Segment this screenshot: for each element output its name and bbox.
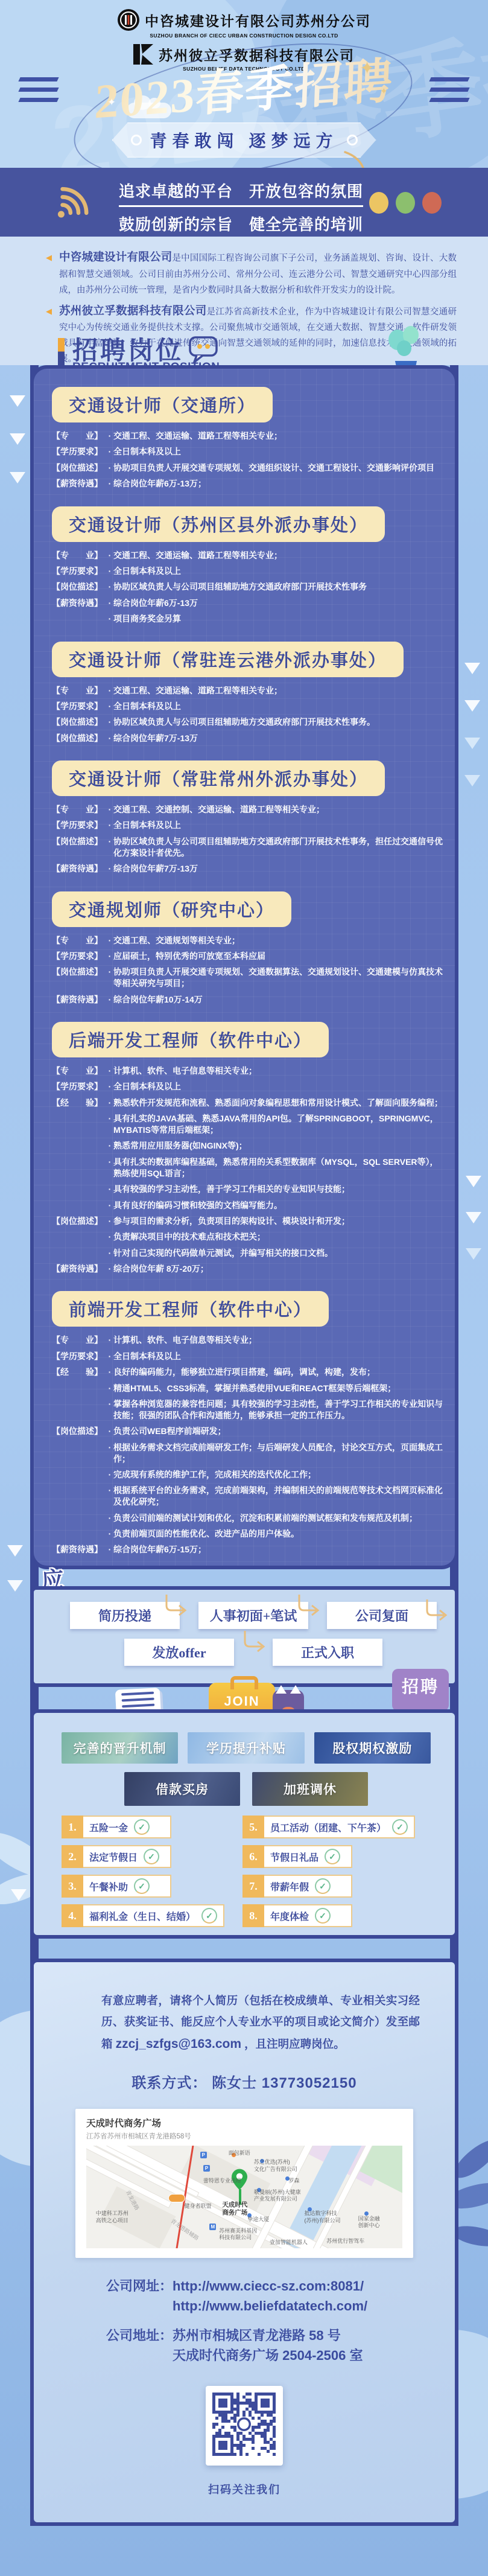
apply-instructions: 有意应聘者，请将个人简历（包括在校成绩单、专业相关实习经历、获奖证书、能反应个人… [101, 1990, 420, 2056]
benefit-item-number: 6. [242, 1845, 264, 1868]
job-detail-dot: · [106, 550, 113, 561]
map-label: 壹加智能机器人 [270, 2239, 308, 2246]
job-detail-row: 【经 验】·良好的编码能力，能够独立进行项目搭建，编码，调试，构建，发布； [52, 1366, 446, 1378]
map-station-icon [168, 2194, 185, 2202]
job-detail-text: 完成现有系统的维护工作，完成相关的迭代优化工作； [113, 1469, 446, 1481]
benefit-item-label: 五险一金 [89, 1820, 128, 1834]
down-arrow-icon [10, 433, 25, 445]
triangle-bullet-icon: ◀ [46, 250, 52, 264]
map-label: 面包新语 [229, 2150, 250, 2157]
benefit-item-number: 3. [62, 1875, 83, 1898]
job-detail-text: 具有扎实的数据库编程基础，熟悉常用的关系型数据库（MYSQL，SQL SERVE… [113, 1156, 446, 1179]
job-detail-label: 【学历要求】 [52, 566, 106, 577]
job-detail-dot: · [106, 1485, 113, 1508]
job-detail-label: 【薪资待遇】 [52, 1263, 106, 1275]
job-detail-text: 负责公司前端的测试计划和优化，沉淀和积累前端的测试框架和发布规范及机制； [113, 1513, 446, 1524]
job-detail-label [52, 613, 106, 625]
check-icon: ✓ [134, 1819, 150, 1835]
process-step: 公司复面 [327, 1602, 437, 1629]
job-detail-text: 掌握各种浏览器的兼容性问题；具有较强的学习主动性，善于学习工作相关的专业知识与技… [113, 1398, 446, 1421]
benefit-item-number: 8. [242, 1904, 264, 1927]
map-label: 挚途大厦 [247, 2216, 269, 2223]
job-title-badge: 后端开发工程师（软件中心） [52, 1022, 329, 1057]
job-detail-text: 负责前端页面的性能优化、改进产品的用户体验。 [113, 1528, 446, 1540]
job-detail-label: 【岗位描述】 [52, 733, 106, 744]
job-detail-dot: · [106, 1184, 113, 1195]
job-detail-dot: · [106, 836, 113, 859]
down-arrow-icon [464, 775, 480, 786]
job-detail-dot: · [106, 1081, 113, 1092]
job-detail-dot: · [106, 863, 113, 875]
job-detail-row: 【薪资待遇】·综合岗位年薪6万-13万 [52, 598, 446, 609]
benefit-item-label: 节假日礼品 [270, 1850, 318, 1864]
job-detail-dot: · [106, 716, 113, 728]
map-label: 天成时代 商务广场 [222, 2201, 247, 2217]
job-detail-label: 【经 验】 [52, 1097, 106, 1109]
job-detail-text: 计算机、软件、电子信息等相关专业； [113, 1334, 446, 1346]
job-detail-label [52, 1200, 106, 1211]
website-block: 公司网址： http://www.ciecc-sz.com:8081/ http… [106, 2276, 455, 2316]
map-address: 江苏省苏州市相城区青龙港路58号 [86, 2131, 402, 2141]
job-detail-text: 具有较强的学习主动性，善于学习工作相关的专业知识与技能； [113, 1184, 446, 1195]
job-detail-label: 【岗位描述】 [52, 581, 106, 593]
benefit-photos-row-1: 完善的晋升机制学历提升补贴股权期权激励 [62, 1732, 431, 1764]
job-detail-label [52, 1485, 106, 1508]
job-detail-row: ·具有较强的学习主动性，善于学习工作相关的专业知识与技能； [52, 1184, 446, 1195]
job-detail-label: 【学历要求】 [52, 446, 106, 457]
job-detail-label: 【薪资待遇】 [52, 863, 106, 875]
parking-icon: P [200, 2152, 207, 2158]
job-detail-text: 交通工程、交通控制、交通运输、道路工程等相关专业； [113, 804, 446, 815]
map-label: 青龙港路辅路 [170, 2218, 200, 2242]
job-detail-label: 【学历要求】 [52, 701, 106, 712]
job-detail-dot: · [106, 581, 113, 593]
job-detail-dot: · [106, 598, 113, 609]
check-icon: ✓ [325, 1849, 340, 1864]
job-detail-dot: · [106, 701, 113, 712]
benefit-item-number: 4. [62, 1904, 83, 1927]
job-detail-text: 交通工程、交通规划等相关专业； [113, 935, 446, 946]
job-detail-text: 全日制本科及以上 [113, 566, 446, 577]
benefit-item: 6.节假日礼品✓ [242, 1845, 352, 1868]
job-detail-dot: · [106, 613, 113, 625]
job-detail-text: 综合岗位年薪6万-15万； [113, 1544, 446, 1555]
ciecc-logo-icon [117, 8, 140, 31]
job-detail-text: 全日制本科及以上 [113, 1081, 446, 1092]
apply-panel: 有意应聘者，请将个人简历（包括在校成绩单、专业相关实习经历、获奖证书、能反应个人… [30, 1959, 458, 2526]
job-detail-row: ·项目商务奖金另算 [52, 613, 446, 625]
job-detail-label: 【学历要求】 [52, 1081, 106, 1092]
benefit-item: 5.员工活动（团建、下午茶）✓ [242, 1816, 415, 1838]
job-detail-label [52, 1383, 106, 1394]
job-detail-row: 【薪资待遇】·综合岗位年薪7万-13万 [52, 863, 446, 875]
job-detail-dot: · [106, 685, 113, 697]
job-detail-text: 根据系统平台的业务需求，完成前端架构，并编制相关的前端规范等技术文档网页标准化及… [113, 1485, 446, 1508]
job-detail-text: 综合岗位年薪7万-13万 [113, 863, 446, 875]
job-detail-text: 根据业务需求文档完成前端研发工作；与后端研发人员配合，讨论交互方式，页面集成工作… [113, 1442, 446, 1465]
job-detail-row: 【学历要求】·全日制本科及以上 [52, 446, 446, 457]
job-detail-dot: · [106, 1156, 113, 1179]
job-detail-label: 【岗位描述】 [52, 966, 106, 989]
recruitment-poster: 2023春季招聘 2023春季招聘 中咨城建设计有限公司苏州分公司 SUZHOU… [0, 0, 488, 2576]
job-detail-dot: · [106, 994, 113, 1006]
map-label: 抵达数字科技 (苏州)有限公司 [305, 2210, 341, 2224]
check-icon: ✓ [315, 1908, 331, 1924]
job-detail-text: 综合岗位年薪 8万-20万； [113, 1263, 446, 1275]
benefit-item-number: 5. [242, 1816, 264, 1838]
job-detail-dot: · [106, 820, 113, 831]
job-title-badge: 前端开发工程师（软件中心） [52, 1291, 329, 1327]
down-arrow-icon [464, 663, 480, 674]
job-detail-label: 【专 业】 [52, 685, 106, 697]
map-label: 歌曼丽(苏州)大健康 产业发展有限公司 [254, 2189, 301, 2203]
job-detail-label: 【岗位描述】 [52, 462, 106, 474]
job-detail-row: ·具有扎实的数据库编程基础，熟悉常用的关系型数据库（MYSQL，SQL SERV… [52, 1156, 446, 1179]
flow-arrow-icon [294, 1593, 325, 1621]
job-detail-label: 【岗位描述】 [52, 836, 106, 859]
job-detail-text: 交通工程、交通运输、道路工程等相关专业； [113, 430, 446, 442]
job-title-badge: 交通设计师（苏州区县外派办事处） [52, 506, 385, 542]
job-detail-dot: · [106, 1383, 113, 1394]
ring-decor [347, 135, 358, 145]
job-detail-text: 综合岗位年薪6万-13万 [113, 598, 446, 609]
job-block: 交通设计师（常驻连云港外派办事处）【专 业】·交通工程、交通运输、道路工程等相关… [52, 630, 446, 744]
job-detail-label: 【专 业】 [52, 804, 106, 815]
process-row-1: 简历投递人事初面+笔试公司复面 [70, 1602, 437, 1629]
website-url-1: http://www.ciecc-sz.com:8081/ [173, 2276, 367, 2296]
job-detail-row: 【岗位描述】·协助区域负责人与公司项目组辅助地方交通政府部门开展技术性事务 [52, 581, 446, 593]
qr-caption: 扫码关注我们 [34, 2481, 455, 2497]
job-detail-label: 【学历要求】 [52, 1351, 106, 1362]
job-detail-dot: · [106, 1231, 113, 1243]
job-detail-text: 针对自己实现的代码做单元测试，并编写相关的接口文档。 [113, 1248, 446, 1259]
job-detail-label [52, 1248, 106, 1259]
address-line-2: 天成时代商务广场 2504-2506 室 [173, 2345, 363, 2365]
job-detail-dot: · [106, 804, 113, 815]
job-detail-text: 应届硕士，特别优秀的可放宽至本科应届 [113, 951, 446, 962]
benefit-item-number: 2. [62, 1845, 83, 1868]
check-icon: ✓ [201, 1908, 217, 1924]
check-icon: ✓ [392, 1819, 408, 1835]
job-detail-row: 【专 业】·交通工程、交通运输、道路工程等相关专业； [52, 430, 446, 442]
job-detail-dot: · [106, 951, 113, 962]
benefit-photo-card: 借款买房 [124, 1772, 240, 1806]
job-detail-row: ·具有扎实的JAVA基础、熟悉JAVA常用的API包。了解SPRINGBOOT，… [52, 1113, 446, 1136]
job-detail-dot: · [106, 1334, 113, 1346]
job-detail-dot: · [106, 1398, 113, 1421]
job-detail-label [52, 1156, 106, 1179]
down-arrow-icon [464, 700, 480, 712]
job-detail-row: ·掌握各种浏览器的兼容性问题；具有较强的学习主动性，善于学习工作相关的专业知识与… [52, 1398, 446, 1421]
benefit-column-2: 5.员工活动（团建、下午茶）✓6.节假日礼品✓7.带薪年假✓8.年度体检✓ [242, 1816, 431, 1927]
job-detail-row: 【经 验】·熟悉软件开发规范和流程、熟悉面向对象编程思想和常用设计模式、了解面向… [52, 1097, 446, 1109]
job-detail-row: ·完成现有系统的维护工作，完成相关的迭代优化工作； [52, 1469, 446, 1481]
job-detail-label [52, 1469, 106, 1481]
jobs-panel: 交通设计师（交通所）【专 业】·交通工程、交通运输、道路工程等相关专业；【学历要… [30, 365, 458, 1569]
down-arrow-icon [11, 1889, 27, 1901]
job-detail-row: 【专 业】·交通工程、交通运输、道路工程等相关专业； [52, 550, 446, 561]
ring-decor [131, 135, 142, 145]
green-dot-decor [396, 192, 415, 214]
job-detail-row: ·负责解决项目中的技术难点和技术把关； [52, 1231, 446, 1243]
job-detail-label [52, 1184, 106, 1195]
job-detail-dot: · [106, 446, 113, 457]
job-title-badge: 交通设计师（常驻常州外派办事处） [52, 760, 385, 796]
job-detail-row: ·针对自己实现的代码做单元测试，并编写相关的接口文档。 [52, 1248, 446, 1259]
job-detail-row: 【专 业】·计算机、软件、电子信息等相关专业； [52, 1334, 446, 1346]
job-detail-text: 具有扎实的JAVA基础、熟悉JAVA常用的API包。了解SPRINGBOOT，S… [113, 1113, 446, 1136]
intro-paragraph-1: ◀ 中咨城建设计有限公司是中国国际工程咨询公司旗下子公司，业务涵盖规划、咨询、设… [59, 247, 457, 299]
job-detail-text: 协助区域负责人与公司项目组辅助地方交通政府部门开展技术性事务，担任过交通信号优化… [113, 836, 446, 859]
down-arrow-icon [466, 1176, 481, 1187]
job-detail-text: 综合岗位年薪7万-13万 [113, 733, 446, 744]
map-label: 苏州赛美科基因 科技有限公司 [219, 2228, 257, 2242]
map-label: 罗森 [288, 2178, 299, 2184]
job-detail-label: 【岗位描述】 [52, 1426, 106, 1437]
job-detail-row: 【岗位描述】·协助项目负责人开展交通专项规划、交通组织设计、交通工程设计、交通影… [52, 462, 446, 474]
wifi-icon [52, 181, 92, 221]
job-block: 后端开发工程师（软件中心）【专 业】·计算机、软件、电子信息等相关专业；【学历要… [52, 1010, 446, 1275]
job-detail-text: 协助项目负责人开展交通专项规划、交通数据算法、交通规划设计、交通建模与仿真技术等… [113, 966, 446, 989]
job-detail-row: ·具有良好的编码习惯和较强的文档编写能力。 [52, 1200, 446, 1211]
intro-company2-lead: 苏州彼立孚数据科技有限公司 [59, 304, 207, 317]
apply-text-after: ，且注明应聘岗位。 [241, 2038, 345, 2050]
job-block: 交通设计师（常驻常州外派办事处）【专 业】·交通工程、交通控制、交通运输、道路工… [52, 748, 446, 875]
job-detail-dot: · [106, 1442, 113, 1465]
job-detail-dot: · [106, 1263, 113, 1275]
triangle-bullet-icon: ◀ [46, 304, 52, 318]
job-detail-text: 交通工程、交通运输、道路工程等相关专业； [113, 685, 446, 697]
job-detail-label: 【经 验】 [52, 1366, 106, 1378]
benefits-panel: 完善的晋升机制学历提升补贴股权期权激励 借款买房加班调休 1.五险一金✓2.法定… [30, 1709, 458, 1939]
map-area: P P M 面包新语苏之优选(苏州) 文化广告有限公司罗森蕾特恩专业祛痘歌曼丽(… [86, 2146, 402, 2248]
job-detail-text: 负责解决项目中的技术难点和技术把关； [113, 1231, 446, 1243]
job-detail-dot: · [106, 566, 113, 577]
job-detail-row: 【岗位描述】·参与项目的需求分析，负责项目的架构设计、模块设计和开发； [52, 1216, 446, 1227]
job-block: 前端开发工程师（软件中心）【专 业】·计算机、软件、电子信息等相关专业；【学历要… [52, 1279, 446, 1555]
job-detail-label [52, 1513, 106, 1524]
job-title-badge: 交通规划师（研究中心） [52, 891, 291, 927]
address-line-1: 苏州市相城区青龙港路 58 号 [173, 2326, 363, 2345]
job-detail-dot: · [106, 966, 113, 989]
job-detail-label: 【专 业】 [52, 550, 106, 561]
job-detail-row: 【学历要求】·应届硕士，特别优秀的可放宽至本科应届 [52, 951, 446, 962]
benefit-item: 4.福利礼金（生日、结婚）✓ [62, 1904, 224, 1927]
job-detail-text: 协助区域负责人与公司项目组辅助地方交通政府部门开展技术性事务。 [113, 716, 446, 728]
job-detail-label: 【专 业】 [52, 935, 106, 946]
poster-subtitle: 青春敢闯 逐梦远方 [150, 128, 338, 152]
map-label: 苏之优选(苏州) 文化广告有限公司 [254, 2159, 297, 2173]
job-detail-row: 【岗位描述】·综合岗位年薪7万-13万 [52, 733, 446, 744]
job-detail-text: 全日制本科及以上 [113, 701, 446, 712]
parking-icon: P [203, 2165, 210, 2172]
benefit-item-number: 7. [242, 1875, 264, 1898]
job-detail-row: 【岗位描述】·协助区域负责人与公司项目组辅助地方交通政府部门开展技术性事务，担任… [52, 836, 446, 859]
job-detail-row: 【薪资待遇】·综合岗位年薪 8万-20万； [52, 1263, 446, 1275]
job-detail-row: ·熟悉常用应用服务器(如NGINX等)； [52, 1140, 446, 1152]
check-icon: ✓ [134, 1878, 150, 1894]
job-detail-text: 综合岗位年薪6万-13万； [113, 478, 446, 489]
benefit-photo-card: 加班调休 [252, 1772, 368, 1806]
job-detail-dot: · [106, 1351, 113, 1362]
job-block: 交通设计师（苏州区县外派办事处）【专 业】·交通工程、交通运输、道路工程等相关专… [52, 494, 446, 625]
contact-label: 联系方式： [132, 2075, 207, 2091]
benefit-item: 1.五险一金✓ [62, 1816, 171, 1838]
website-label: 公司网址： [106, 2278, 173, 2294]
job-detail-label [52, 1140, 106, 1152]
benefit-item: 2.法定节假日✓ [62, 1845, 171, 1868]
job-detail-label [52, 1113, 106, 1136]
job-detail-dot: · [106, 1140, 113, 1152]
job-detail-label [52, 1231, 106, 1243]
join-label: JOIN [224, 1694, 259, 1709]
map-label: 国家金融 创新中心 [358, 2216, 380, 2230]
benefit-photos-row-2: 借款买房加班调休 [62, 1772, 431, 1806]
job-detail-row: 【专 业】·计算机、软件、电子信息等相关专业； [52, 1065, 446, 1077]
process-step: 人事初面+笔试 [198, 1602, 308, 1629]
job-detail-label: 【专 业】 [52, 430, 106, 442]
slogan-lines: 追求卓越的平台 开放包容的氛围 鼓励创新的宗旨 健全完善的培训 [90, 176, 391, 243]
job-block: 交通规划师（研究中心）【专 业】·交通工程、交通规划等相关专业；【学历要求】·应… [52, 879, 446, 1006]
benefit-column-1: 1.五险一金✓2.法定节假日✓3.午餐补助✓4.福利礼金（生日、结婚）✓ [62, 1816, 242, 1927]
down-arrow-icon [7, 1580, 23, 1592]
job-detail-text: 参与项目的需求分析，负责项目的架构设计、模块设计和开发； [113, 1216, 446, 1227]
job-detail-row: ·根据业务需求文档完成前端研发工作；与后端研发人员配合，讨论交互方式，页面集成工… [52, 1442, 446, 1465]
job-detail-row: 【薪资待遇】·综合岗位年薪6万-13万； [52, 478, 446, 489]
job-detail-row: 【薪资待遇】·综合岗位年薪10万-14万 [52, 994, 446, 1006]
job-detail-row: 【学历要求】·全日制本科及以上 [52, 566, 446, 577]
job-block: 交通设计师（交通所）【专 业】·交通工程、交通运输、道路工程等相关专业；【学历要… [52, 387, 446, 489]
map-label: 苏州优行智驾车 [326, 2238, 364, 2245]
job-detail-row: ·负责公司前端的测试计划和优化，沉淀和积累前端的测试框架和发布规范及机制； [52, 1513, 446, 1524]
map-label: 中建科工苏州 高铁之心项目 [96, 2210, 128, 2224]
process-step: 发放offer [124, 1639, 234, 1666]
job-detail-dot: · [106, 1113, 113, 1136]
job-detail-text: 协助区域负责人与公司项目组辅助地方交通政府部门开展技术性事务 [113, 581, 446, 593]
job-detail-dot: · [106, 1366, 113, 1378]
job-detail-row: 【岗位描述】·协助项目负责人开展交通专项规划、交通数据算法、交通规划设计、交通建… [52, 966, 446, 989]
job-detail-dot: · [106, 935, 113, 946]
benefit-item: 7.带薪年假✓ [242, 1875, 352, 1898]
job-detail-row: 【学历要求】·全日制本科及以上 [52, 1351, 446, 1362]
company1-logo-row: 中咨城建设计有限公司苏州分公司 [0, 8, 488, 31]
job-detail-text: 综合岗位年薪10万-14万 [113, 994, 446, 1006]
job-detail-dot: · [106, 1065, 113, 1077]
job-title-badge: 交通设计师（交通所） [52, 387, 273, 422]
job-detail-row: 【薪资待遇】·综合岗位年薪6万-15万； [52, 1544, 446, 1555]
job-detail-dot: · [106, 1426, 113, 1437]
benefit-item-label: 法定节假日 [89, 1850, 138, 1864]
job-detail-row: 【学历要求】·全日制本科及以上 [52, 820, 446, 831]
company1-name: 中咨城建设计有限公司苏州分公司 [145, 10, 371, 30]
check-icon: ✓ [144, 1849, 159, 1864]
down-arrow-icon [464, 738, 480, 749]
job-detail-label: 【薪资待遇】 [52, 1544, 106, 1555]
job-detail-label: 【学历要求】 [52, 951, 106, 962]
job-detail-text: 熟悉常用应用服务器(如NGINX等)； [113, 1140, 446, 1152]
job-detail-label: 【薪资待遇】 [52, 478, 106, 489]
company1-caption: SUZHOU BRANCH OF CIECC URBAN CONSTRUCTIO… [0, 33, 488, 39]
job-detail-row: 【专 业】·交通工程、交通控制、交通运输、道路工程等相关专业； [52, 804, 446, 815]
map-label: 健身者联盟 [184, 2203, 211, 2210]
benefit-photo-card: 学历提升补贴 [188, 1732, 304, 1764]
qr-code [212, 2393, 276, 2456]
benefit-item-label: 福利礼金（生日、结婚） [89, 1909, 195, 1923]
job-detail-row: 【学历要求】·全日制本科及以上 [52, 1081, 446, 1092]
job-detail-label: 【学历要求】 [52, 820, 106, 831]
job-detail-dot: · [106, 430, 113, 442]
job-detail-text: 全日制本科及以上 [113, 820, 446, 831]
job-detail-label [52, 1442, 106, 1465]
down-arrow-icon [7, 1545, 23, 1557]
metro-icon: M [209, 2224, 216, 2230]
job-detail-text: 精通HTML5、CSS3标准，掌握并熟悉使用VUE和REACT框架等后端框架； [113, 1383, 446, 1394]
down-arrow-icon [10, 395, 25, 407]
job-detail-dot: · [106, 1513, 113, 1524]
yellow-dot-decor [369, 192, 388, 214]
job-detail-text: 负责公司WEB程序前端研发； [113, 1426, 446, 1437]
job-detail-text: 协助项目负责人开展交通专项规划、交通组织设计、交通工程设计、交通影响评价项目 [113, 462, 446, 474]
job-detail-dot: · [106, 478, 113, 489]
benefit-item-label: 带薪年假 [270, 1879, 309, 1893]
job-detail-dot: · [106, 1097, 113, 1109]
red-dot-decor [422, 192, 442, 214]
job-detail-text: 计算机、软件、电子信息等相关专业； [113, 1065, 446, 1077]
job-detail-row: ·根据系统平台的业务需求，完成前端架构，并编制相关的前端规范等技术文档网页标准化… [52, 1485, 446, 1508]
benefit-item-label: 年度体检 [270, 1909, 309, 1923]
job-detail-row: 【岗位描述】·负责公司WEB程序前端研发； [52, 1426, 446, 1437]
job-detail-row: 【专 业】·交通工程、交通运输、道路工程等相关专业； [52, 685, 446, 697]
intro-company1-lead: 中咨城建设计有限公司 [59, 250, 172, 263]
map-label: 蕾特恩专业祛痘 [203, 2178, 241, 2184]
benefit-item-label: 员工活动（团建、下午茶） [270, 1820, 386, 1834]
benefit-items: 1.五险一金✓2.法定节假日✓3.午餐补助✓4.福利礼金（生日、结婚）✓ 5.员… [62, 1816, 431, 1927]
down-arrow-icon [10, 472, 25, 483]
flow-arrow-icon [422, 1598, 452, 1626]
job-detail-row: 【岗位描述】·协助区域负责人与公司项目组辅助地方交通政府部门开展技术性事务。 [52, 716, 446, 728]
benefit-item-number: 1. [62, 1816, 83, 1838]
job-detail-label: 【岗位描述】 [52, 1216, 106, 1227]
job-detail-text: 具有良好的编码习惯和较强的文档编写能力。 [113, 1200, 446, 1211]
website-url-2: http://www.beliefdatatech.com/ [173, 2296, 367, 2316]
address-label: 公司地址： [106, 2328, 173, 2343]
job-detail-row: 【学历要求】·全日制本科及以上 [52, 701, 446, 712]
job-detail-dot: · [106, 1469, 113, 1481]
speech-bubble-icon [188, 336, 220, 363]
benefit-item: 8.年度体检✓ [242, 1904, 352, 1927]
job-title-badge: 交通设计师（常驻连云港外派办事处） [52, 642, 404, 677]
job-detail-label: 【专 业】 [52, 1334, 106, 1346]
apply-email: zzcj_szfgs@163.com [116, 2037, 241, 2051]
job-detail-text: 良好的编码能力，能够独立进行项目搭建，编码，调试，构建，发布； [113, 1366, 446, 1378]
job-detail-row: ·负责前端页面的性能优化、改进产品的用户体验。 [52, 1528, 446, 1540]
job-detail-row: 【专 业】·交通工程、交通规划等相关专业； [52, 935, 446, 946]
recruit-sign-label: 招聘 [402, 1674, 439, 1698]
down-arrow-icon [466, 1212, 481, 1223]
qr-card [206, 2386, 283, 2466]
job-detail-label: 【薪资待遇】 [52, 598, 106, 609]
down-arrow-icon [466, 1248, 481, 1260]
job-detail-dot: · [106, 462, 113, 474]
check-icon: ✓ [315, 1878, 331, 1894]
benefit-item-label: 午餐补助 [89, 1879, 128, 1893]
job-detail-label: 【专 业】 [52, 1065, 106, 1077]
contact-line: 联系方式： 陈女士 13773052150 [34, 2071, 455, 2092]
job-detail-text: 项目商务奖金另算 [113, 613, 446, 625]
process-step: 正式入职 [273, 1639, 382, 1666]
job-detail-label: 【薪资待遇】 [52, 994, 106, 1006]
job-detail-dot: · [106, 733, 113, 744]
